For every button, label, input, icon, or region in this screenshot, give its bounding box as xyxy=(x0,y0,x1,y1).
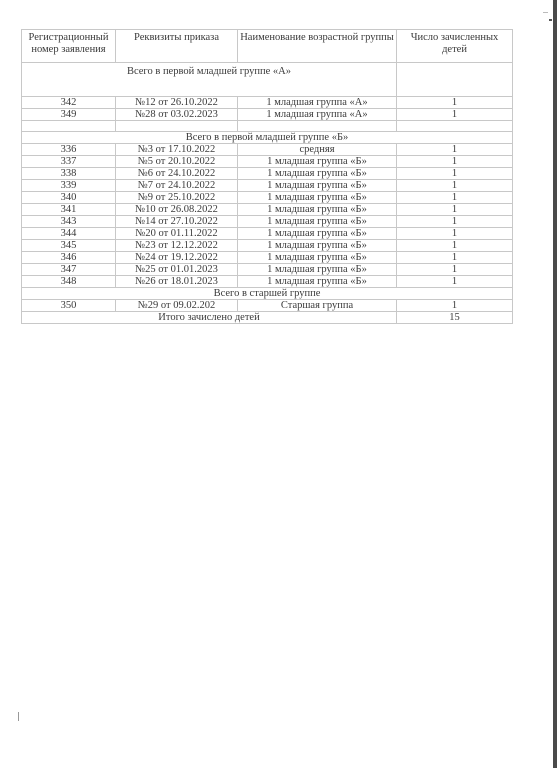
table-row: 348№26 от 18.01.20231 младшая группа «Б»… xyxy=(22,276,513,288)
empty-cell xyxy=(397,121,513,132)
cell-group: 1 младшая группа «Б» xyxy=(238,216,397,228)
group-header-row: Всего в первой младшей группе «А» xyxy=(22,63,513,97)
group-count-cell xyxy=(397,63,513,97)
cell-order: №12 от 26.10.2022 xyxy=(116,97,238,109)
scan-mark xyxy=(18,712,19,721)
cell-order: №28 от 03.02.2023 xyxy=(116,109,238,121)
cell-group: 1 младшая группа «Б» xyxy=(238,276,397,288)
cell-order: №14 от 27.10.2022 xyxy=(116,216,238,228)
table-row: 338№6 от 24.10.20221 младшая группа «Б»1 xyxy=(22,168,513,180)
cell-group: 1 младшая группа «Б» xyxy=(238,204,397,216)
table-row: 350№29 от 09.02.202Старшая группа1 xyxy=(22,300,513,312)
cell-count: 1 xyxy=(397,252,513,264)
cell-count: 1 xyxy=(397,204,513,216)
table-row: 336№3 от 17.10.2022средняя1 xyxy=(22,144,513,156)
cell-reg: 344 xyxy=(22,228,116,240)
table-row: 344№20 от 01.11.20221 младшая группа «Б»… xyxy=(22,228,513,240)
table-row: 341№10 от 26.08.20221 младшая группа «Б»… xyxy=(22,204,513,216)
table-row: 347№25 от 01.01.20231 младшая группа «Б»… xyxy=(22,264,513,276)
cell-group: 1 младшая группа «Б» xyxy=(238,156,397,168)
cell-count: 1 xyxy=(397,240,513,252)
cell-group: 1 младшая группа «Б» xyxy=(238,264,397,276)
cell-reg: 340 xyxy=(22,192,116,204)
cell-count: 1 xyxy=(397,109,513,121)
table-row: 342№12 от 26.10.20221 младшая группа «А»… xyxy=(22,97,513,109)
cell-count: 1 xyxy=(397,228,513,240)
cell-group: 1 младшая группа «Б» xyxy=(238,192,397,204)
total-label: Итого зачислено детей xyxy=(22,312,397,324)
empty-row xyxy=(22,121,513,132)
cell-reg: 348 xyxy=(22,276,116,288)
scan-edge xyxy=(553,0,557,768)
cell-group: 1 младшая группа «Б» xyxy=(238,252,397,264)
cell-order: №3 от 17.10.2022 xyxy=(116,144,238,156)
table-row: 346№24 от 19.12.20221 младшая группа «Б»… xyxy=(22,252,513,264)
cell-count: 1 xyxy=(397,276,513,288)
scan-speck xyxy=(543,12,548,13)
cell-order: №9 от 25.10.2022 xyxy=(116,192,238,204)
cell-group: 1 младшая группа «Б» xyxy=(238,228,397,240)
table-row: 337№5 от 20.10.20221 младшая группа «Б»1 xyxy=(22,156,513,168)
header-reg-number: Регистрационный номер заявления xyxy=(22,30,116,63)
cell-count: 1 xyxy=(397,168,513,180)
group-title: Всего в старшей группе xyxy=(22,288,513,300)
cell-count: 1 xyxy=(397,180,513,192)
total-value: 15 xyxy=(397,312,513,324)
cell-group: средняя xyxy=(238,144,397,156)
cell-count: 1 xyxy=(397,264,513,276)
cell-order: №26 от 18.01.2023 xyxy=(116,276,238,288)
cell-order: №25 от 01.01.2023 xyxy=(116,264,238,276)
cell-order: №24 от 19.12.2022 xyxy=(116,252,238,264)
cell-reg: 346 xyxy=(22,252,116,264)
cell-count: 1 xyxy=(397,144,513,156)
cell-reg: 338 xyxy=(22,168,116,180)
empty-cell xyxy=(238,121,397,132)
cell-order: №20 от 01.11.2022 xyxy=(116,228,238,240)
cell-reg: 350 xyxy=(22,300,116,312)
cell-order: №5 от 20.10.2022 xyxy=(116,156,238,168)
empty-cell xyxy=(116,121,238,132)
empty-cell xyxy=(22,121,116,132)
group-header-row: Всего в старшей группе xyxy=(22,288,513,300)
cell-order: №23 от 12.12.2022 xyxy=(116,240,238,252)
cell-group: 1 младшая группа «Б» xyxy=(238,180,397,192)
table-row: 340№9 от 25.10.20221 младшая группа «Б»1 xyxy=(22,192,513,204)
total-row: Итого зачислено детей15 xyxy=(22,312,513,324)
cell-order: №6 от 24.10.2022 xyxy=(116,168,238,180)
cell-group: 1 младшая группа «Б» xyxy=(238,240,397,252)
cell-group: Старшая группа xyxy=(238,300,397,312)
group-title: Всего в первой младшей группе «Б» xyxy=(22,132,513,144)
cell-reg: 342 xyxy=(22,97,116,109)
cell-reg: 339 xyxy=(22,180,116,192)
cell-order: №10 от 26.08.2022 xyxy=(116,204,238,216)
cell-reg: 336 xyxy=(22,144,116,156)
table-body: Всего в первой младшей группе «А»342№12 … xyxy=(22,63,513,324)
cell-group: 1 младшая группа «А» xyxy=(238,97,397,109)
cell-count: 1 xyxy=(397,156,513,168)
cell-group: 1 младшая группа «А» xyxy=(238,109,397,121)
cell-reg: 341 xyxy=(22,204,116,216)
cell-order: №29 от 09.02.202 xyxy=(116,300,238,312)
header-group-name: Наименование возрастной группы xyxy=(238,30,397,63)
scan-speck xyxy=(549,19,552,21)
cell-reg: 345 xyxy=(22,240,116,252)
table-row: 343№14 от 27.10.20221 младшая группа «Б»… xyxy=(22,216,513,228)
cell-reg: 337 xyxy=(22,156,116,168)
table-row: 345№23 от 12.12.20221 младшая группа «Б»… xyxy=(22,240,513,252)
cell-reg: 349 xyxy=(22,109,116,121)
cell-count: 1 xyxy=(397,216,513,228)
cell-order: №7 от 24.10.2022 xyxy=(116,180,238,192)
header-order-details: Реквизиты приказа xyxy=(116,30,238,63)
cell-reg: 343 xyxy=(22,216,116,228)
table-row: 339№7 от 24.10.20221 младшая группа «Б»1 xyxy=(22,180,513,192)
cell-reg: 347 xyxy=(22,264,116,276)
table-row: 349№28 от 03.02.20231 младшая группа «А»… xyxy=(22,109,513,121)
cell-count: 1 xyxy=(397,97,513,109)
cell-count: 1 xyxy=(397,300,513,312)
enrollment-table: Регистрационный номер заявления Реквизит… xyxy=(21,29,513,324)
group-title: Всего в первой младшей группе «А» xyxy=(22,63,397,97)
header-children-count: Число зачисленных детей xyxy=(397,30,513,63)
header-row: Регистрационный номер заявления Реквизит… xyxy=(22,30,513,63)
cell-count: 1 xyxy=(397,192,513,204)
cell-group: 1 младшая группа «Б» xyxy=(238,168,397,180)
group-header-row: Всего в первой младшей группе «Б» xyxy=(22,132,513,144)
